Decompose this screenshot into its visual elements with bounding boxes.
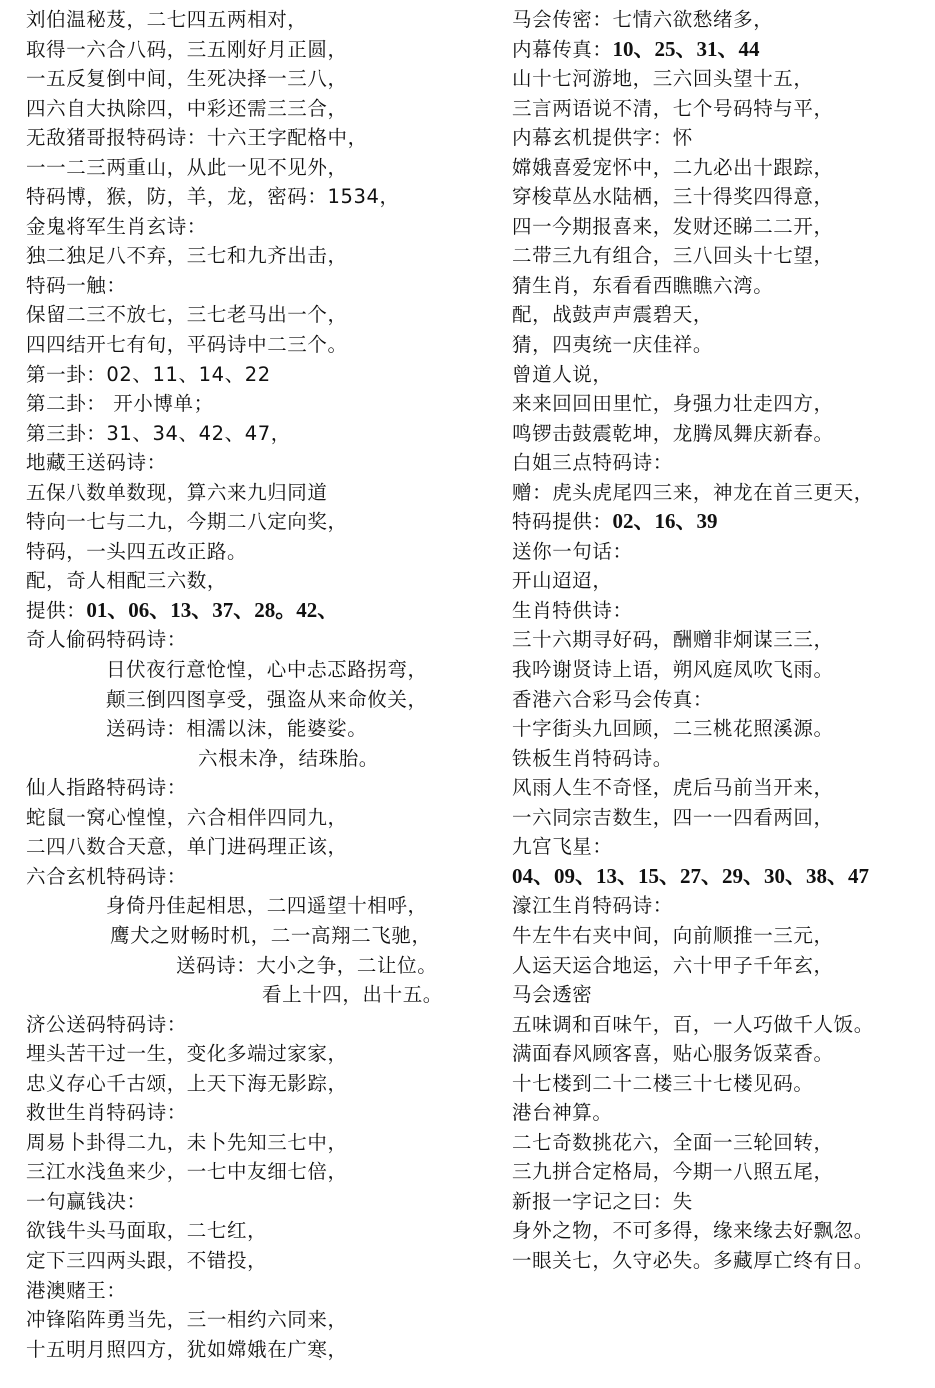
text-line: 生肖特供诗： bbox=[512, 596, 932, 626]
text-line: 仙人指路特码诗： bbox=[26, 773, 486, 803]
right-column: 马会传密：七情六欲愁绪多，内幕传真：10、25、31、44山十七河游地，三六回头… bbox=[512, 5, 932, 1276]
text-line: 人运天运合地运，六十甲子千年玄， bbox=[512, 951, 932, 981]
text-line: 一六同宗吉数生，四一一四看两回， bbox=[512, 803, 932, 833]
text-line: 送码诗：大小之争，二让位。 bbox=[26, 951, 486, 981]
text-line: 开山迢迢， bbox=[512, 566, 932, 596]
text-line: 特码博，猴，防，羊，龙，密码：1534， bbox=[26, 182, 486, 212]
text-line: 我吟谢贤诗上语，朔风庭凤吹飞雨。 bbox=[512, 655, 932, 685]
text-line: 第一卦：02、11、14、22 bbox=[26, 360, 486, 390]
text-line: 欲钱牛头马面取，二七红， bbox=[26, 1216, 486, 1246]
text-line: 无敌猪哥报特码诗：十六王字配格中， bbox=[26, 123, 486, 153]
text-line: 内幕传真：10、25、31、44 bbox=[512, 35, 932, 65]
text-line: 二四八数合天意，单门进码理正该， bbox=[26, 832, 486, 862]
line-label: 特码提供： bbox=[512, 510, 613, 533]
text-line: 保留二三不放七，三七老马出一个， bbox=[26, 300, 486, 330]
text-line: 三九拼合定格局，今期一八照五尾， bbox=[512, 1157, 932, 1187]
line-label: 内幕传真： bbox=[512, 38, 613, 61]
text-line: 赠：虎头虎尾四三来，神龙在首三更天， bbox=[512, 478, 932, 508]
text-line: 香港六合彩马会传真： bbox=[512, 685, 932, 715]
text-line: 鸣锣击鼓震乾坤，龙腾凤舞庆新春。 bbox=[512, 419, 932, 449]
text-line: 看上十四，出十五。 bbox=[26, 980, 486, 1010]
lucky-numbers: 01、06、13、37、28。42、 bbox=[86, 598, 338, 622]
text-line: 送你一句话： bbox=[512, 537, 932, 567]
text-line: 蛇鼠一窝心惶惶，六合相伴四同九， bbox=[26, 803, 486, 833]
text-line: 满面春风顾客喜，贴心服务饭菜香。 bbox=[512, 1039, 932, 1069]
text-line: 二带三九有组合，三八回头十七望， bbox=[512, 241, 932, 271]
text-line: 一五反复倒中间，生死决择一三八， bbox=[26, 64, 486, 94]
text-line: 三江水浅鱼来少，一七中友细七倍， bbox=[26, 1157, 486, 1187]
text-line: 嫦娥喜爱宠怀中，二九必出十跟踪， bbox=[512, 153, 932, 183]
text-line: 风雨人生不奇怪，虎后马前当开来， bbox=[512, 773, 932, 803]
text-line: 颠三倒四图享受，强盗从来命攸关， bbox=[26, 685, 486, 715]
lucky-numbers: 02、16、39 bbox=[613, 509, 718, 533]
text-line: 五保八数单数现，算六来九归同道 bbox=[26, 478, 486, 508]
text-line: 三言两语说不清，七个号码特与平， bbox=[512, 94, 932, 124]
text-line: 地藏王送码诗： bbox=[26, 448, 486, 478]
text-line: 定下三四两头跟，不错投， bbox=[26, 1246, 486, 1276]
text-line: 金鬼将军生肖玄诗： bbox=[26, 212, 486, 242]
left-column: 刘伯温秘芨，二七四五两相对，取得一六合八码，三五刚好月正圆，一五反复倒中间，生死… bbox=[26, 5, 486, 1364]
text-line: 身外之物，不可多得，缘来缘去好飘忽。 bbox=[512, 1216, 932, 1246]
text-line: 来来回回田里忙，身强力壮走四方， bbox=[512, 389, 932, 419]
text-line: 取得一六合八码，三五刚好月正圆， bbox=[26, 35, 486, 65]
text-line: 马会透密 bbox=[512, 980, 932, 1010]
text-line: 四四结开七有旬，平码诗中二三个。 bbox=[26, 330, 486, 360]
text-line: 配，战鼓声声震碧天， bbox=[512, 300, 932, 330]
text-line: 铁板生肖特码诗。 bbox=[512, 744, 932, 774]
text-line: 港台神算。 bbox=[512, 1098, 932, 1128]
text-line: 猜，四夷统一庆佳祥。 bbox=[512, 330, 932, 360]
text-line: 一句赢钱决： bbox=[26, 1187, 486, 1217]
text-line: 奇人偷码特码诗： bbox=[26, 625, 486, 655]
text-line: 刘伯温秘芨，二七四五两相对， bbox=[26, 5, 486, 35]
text-line: 猜生肖，东看看西瞧瞧六湾。 bbox=[512, 271, 932, 301]
text-line: 第二卦： 开小博单； bbox=[26, 389, 486, 419]
text-line: 特码，一头四五改正路。 bbox=[26, 537, 486, 567]
text-line: 十七楼到二十二楼三十七楼见码。 bbox=[512, 1069, 932, 1099]
text-line: 身倚丹佳起相思，二四遥望十相呼， bbox=[26, 891, 486, 921]
text-line: 港澳赌王： bbox=[26, 1276, 486, 1306]
text-line: 日伏夜行意怆惶，心中忐忑路拐弯， bbox=[26, 655, 486, 685]
text-line: 新报一字记之曰：失 bbox=[512, 1187, 932, 1217]
text-line: 牛左牛右夹中间，向前顺推一三元， bbox=[512, 921, 932, 951]
text-line: 五味调和百味午，百，一人巧做千人饭。 bbox=[512, 1010, 932, 1040]
text-line: 十字街头九回顾，二三桃花照溪源。 bbox=[512, 714, 932, 744]
lucky-numbers: 04、09、13、15、27、29、30、38、47 bbox=[512, 864, 869, 888]
text-line: 十五明月照四方，犹如嫦娥在广寒， bbox=[26, 1335, 486, 1365]
text-line: 独二独足八不弃，三七和九齐出击， bbox=[26, 241, 486, 271]
text-line: 冲锋陷阵勇当先，三一相约六同来， bbox=[26, 1305, 486, 1335]
text-line: 六合玄机特码诗： bbox=[26, 862, 486, 892]
text-line: 四一今期报喜来，发财还睇二二开， bbox=[512, 212, 932, 242]
text-line: 特码一触： bbox=[26, 271, 486, 301]
text-line: 济公送码特码诗： bbox=[26, 1010, 486, 1040]
text-line: 曾道人说， bbox=[512, 360, 932, 390]
text-line: 六根未净，结珠胎。 bbox=[26, 744, 486, 774]
text-line: 穿梭草丛水陆栖，三十得奖四得意， bbox=[512, 182, 932, 212]
text-line: 三十六期寻好码，酬赠非炯谋三三， bbox=[512, 625, 932, 655]
line-label: 提供： bbox=[26, 599, 86, 622]
text-line: 第三卦：31、34、42、47， bbox=[26, 419, 486, 449]
text-line: 特向一七与二九，今期二八定向奖， bbox=[26, 507, 486, 537]
text-line: 二七奇数挑花六，全面一三轮回转， bbox=[512, 1128, 932, 1158]
text-line: 送码诗：相濡以沫，能婆娑。 bbox=[26, 714, 486, 744]
text-line: 特码提供：02、16、39 bbox=[512, 507, 932, 537]
text-line: 马会传密：七情六欲愁绪多， bbox=[512, 5, 932, 35]
text-line: 04、09、13、15、27、29、30、38、47 bbox=[512, 862, 932, 892]
text-line: 周易卜卦得二九，未卜先知三七中， bbox=[26, 1128, 486, 1158]
text-line: 内幕玄机提供字：怀 bbox=[512, 123, 932, 153]
lucky-numbers: 10、25、31、44 bbox=[613, 37, 760, 61]
text-line: 白姐三点特码诗： bbox=[512, 448, 932, 478]
text-line: 配，奇人相配三六数， bbox=[26, 566, 486, 596]
text-line: 九宫飞星： bbox=[512, 832, 932, 862]
text-line: 救世生肖特码诗： bbox=[26, 1098, 486, 1128]
text-line: 山十七河游地，三六回头望十五， bbox=[512, 64, 932, 94]
text-line: 忠义存心千古颂，上天下海无影踪， bbox=[26, 1069, 486, 1099]
text-line: 一一二三两重山，从此一见不见外， bbox=[26, 153, 486, 183]
text-line: 鹰犬之财畅时机，二一高翔二飞驰， bbox=[26, 921, 486, 951]
text-line: 濠江生肖特码诗： bbox=[512, 891, 932, 921]
text-line: 提供：01、06、13、37、28。42、 bbox=[26, 596, 486, 626]
text-line: 埋头苦干过一生，变化多端过家家， bbox=[26, 1039, 486, 1069]
text-line: 四六自大执除四，中彩还需三三合， bbox=[26, 94, 486, 124]
text-line: 一眼关七，久守必失。多藏厚亡终有日。 bbox=[512, 1246, 932, 1276]
